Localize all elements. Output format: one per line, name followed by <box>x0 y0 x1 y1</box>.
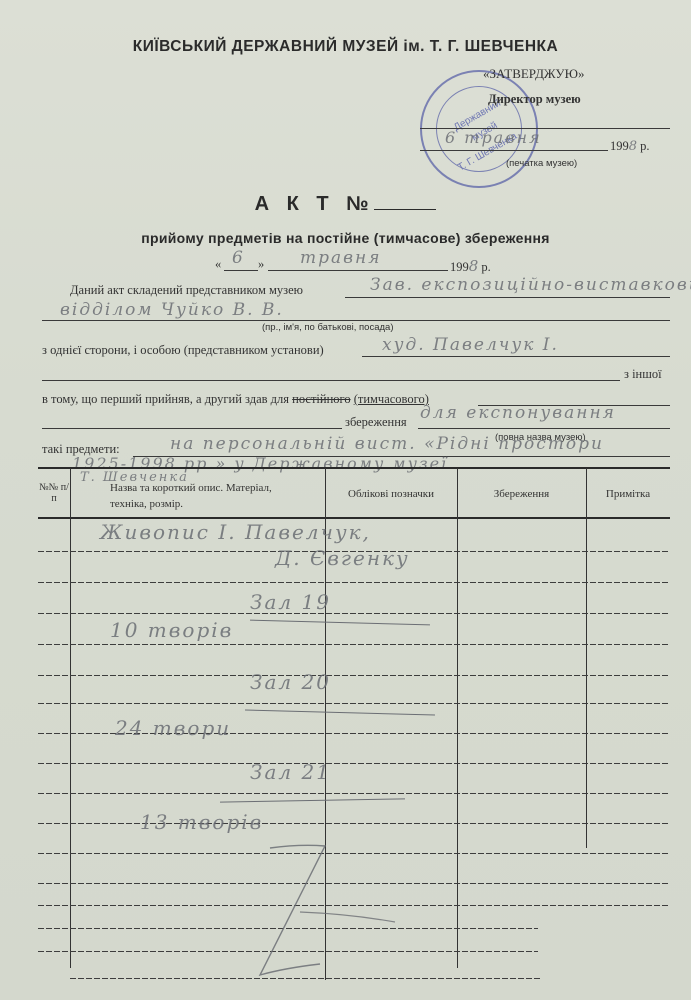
entry-hall-21: Зал 21 <box>250 760 331 784</box>
header-accounting-marks: Облікові позначки <box>325 488 457 500</box>
year-handwritten: 8 <box>629 139 637 154</box>
act-date-open-quote: « <box>215 257 221 272</box>
column-divider-4 <box>586 468 587 848</box>
act-title-text: А К Т № <box>255 193 375 215</box>
hall-21-underline <box>220 798 405 802</box>
hall-19-underline <box>250 620 430 626</box>
storage-label: збереження <box>345 415 407 430</box>
table-top-border <box>38 467 670 469</box>
entry-works-13: 13 творів <box>140 810 263 834</box>
institution-value[interactable]: худ. Павелчук І. <box>382 335 559 355</box>
other-side-label: з іншої <box>624 367 662 382</box>
approval-date-handwritten: 6 травня <box>445 128 542 147</box>
year-prefix: 199 <box>610 139 629 153</box>
transfer-label-text: в тому, що перший прийняв, а другий здав… <box>42 392 289 406</box>
header-number: №№ п/п <box>38 482 70 504</box>
act-year-suffix: р. <box>481 260 490 274</box>
table-row <box>38 823 670 824</box>
act-date-day[interactable]: 6 <box>232 248 245 268</box>
institution-label: з однієї сторони, і особою (представнико… <box>42 343 324 358</box>
entry-works-10: 10 творів <box>110 618 233 642</box>
act-title: А К Т № <box>0 193 691 216</box>
header-name: Назва та короткий опис. Матеріал, технік… <box>110 480 310 512</box>
representative-label: Даний акт складений представником музею <box>70 283 303 298</box>
representative-line-1 <box>345 297 670 298</box>
representative-value-2[interactable]: відділом Чуйко В. В. <box>60 300 284 320</box>
temporary-underlined: (тимчасового) <box>354 392 429 406</box>
table-row <box>38 582 670 583</box>
table-row <box>38 675 670 676</box>
approval-label: «ЗАТВЕРДЖУЮ» <box>483 66 584 82</box>
act-day-line <box>224 270 258 271</box>
column-divider-1 <box>70 468 71 968</box>
column-divider-3 <box>457 468 458 968</box>
storage-value[interactable]: для експонування <box>420 403 616 423</box>
act-year-handwritten[interactable]: 8 <box>469 257 479 275</box>
entry-painting-authors: Живопис І. Павелчук, <box>100 520 371 544</box>
table-row <box>38 703 670 704</box>
document-page: КИЇВСЬКИЙ ДЕРЖАВНИЙ МУЗЕЙ ім. Т. Г. ШЕВЧ… <box>0 0 691 1000</box>
permanent-struck: постійного <box>292 392 350 406</box>
act-subtitle: прийому предметів на постійне (тимчасове… <box>0 230 691 246</box>
act-year-prefix: 199 <box>450 260 469 274</box>
items-value-1[interactable]: на персональній вист. «Рідні простори <box>170 434 604 454</box>
act-year: 1998 р. <box>450 257 491 275</box>
approval-year: 1998 р. <box>610 139 650 154</box>
representative-value-1[interactable]: Зав. експозиційно-виставковим <box>370 275 691 295</box>
entry-hall-19: Зал 19 <box>250 590 331 614</box>
table-header-bottom-border <box>38 517 670 519</box>
act-month-line <box>268 270 448 271</box>
director-label: Директор музею <box>488 92 581 107</box>
table-row <box>38 793 670 794</box>
representative-caption: (пр., ім'я, по батькові, посада) <box>262 322 394 333</box>
transfer-label: в тому, що перший прийняв, а другий здав… <box>42 392 429 407</box>
entry-hall-20: Зал 20 <box>250 670 331 694</box>
header-storage: Збереження <box>457 488 586 500</box>
entry-works-24: 24 твори <box>115 716 231 740</box>
act-date-month[interactable]: травня <box>300 248 382 268</box>
entry-author-2: Д. Євгенку <box>275 546 410 570</box>
act-number-field[interactable] <box>374 195 436 210</box>
header-note: Примітка <box>586 488 670 500</box>
year-suffix: р. <box>640 139 649 153</box>
table-row <box>38 613 670 614</box>
storage-line-right <box>418 428 670 429</box>
act-date-close-quote: » <box>258 257 264 272</box>
approval-date-line <box>420 150 608 151</box>
storage-line-left <box>42 428 342 429</box>
representative-line-2 <box>42 320 670 321</box>
institution-line-2 <box>42 380 620 381</box>
institution-line <box>362 356 670 357</box>
stamp-caption: (печатка музею) <box>506 158 577 169</box>
table-row <box>38 763 670 764</box>
closing-z-mark-icon <box>240 840 400 990</box>
table-row <box>38 644 670 645</box>
museum-name: КИЇВСЬКИЙ ДЕРЖАВНИЙ МУЗЕЙ ім. Т. Г. ШЕВЧ… <box>0 38 691 56</box>
hall-20-underline <box>245 710 435 716</box>
